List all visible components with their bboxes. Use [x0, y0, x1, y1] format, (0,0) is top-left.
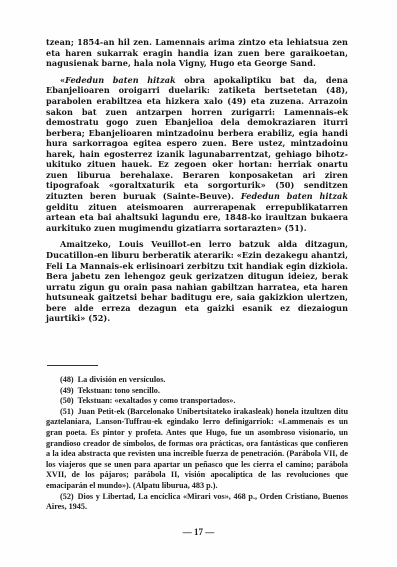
book-title-italic: Fededun baten hitzak — [241, 191, 348, 201]
footnote-text: La división en versículos. — [78, 375, 166, 384]
book-title-italic: Fededun baten hitzak — [65, 75, 176, 85]
footnote-48: (48)La división en versículos. — [46, 375, 348, 386]
footnote-number: (51) — [60, 407, 74, 416]
footnote-text: Juan Petit-ek (Barcelonako Unibertsitate… — [46, 407, 348, 490]
footnote-number: (49) — [60, 386, 74, 395]
footnote-number: (50) — [60, 396, 74, 405]
paragraph-1: tzean; 1854-an hil zen. Lamennais arima … — [46, 37, 348, 69]
footnote-text: Tekstuan: tono sencillo. — [78, 386, 160, 395]
paragraph-2-text-a: obra apokaliptiku bat da, dena Ebanjelio… — [46, 75, 348, 201]
paragraph-3: Amaitzeko, Louis Veuillot-en lerro batzu… — [46, 239, 348, 323]
footnote-separator — [47, 365, 98, 366]
paragraph-2-text-b: gelditu zituen ateismoaren aurrerapenak … — [46, 202, 348, 233]
footnote-52: (52)Dios y Libertad, La encíclica «Mirar… — [46, 492, 348, 513]
paragraph-3-text: Amaitzeko, Louis Veuillot-en lerro batzu… — [46, 239, 348, 323]
footnote-50: (50)Tekstuan: «exaltados y como transpor… — [46, 396, 348, 407]
footnote-49: (49)Tekstuan: tono sencillo. — [46, 386, 348, 397]
footnote-51: (51)Juan Petit-ek (Barcelonako Unibertsi… — [46, 407, 348, 492]
paragraph-1-text: tzean; 1854-an hil zen. Lamennais arima … — [46, 37, 348, 68]
footnote-text: Dios y Libertad, La encíclica «Mirari vo… — [46, 492, 348, 512]
footnote-number: (52) — [60, 492, 74, 501]
footnote-text: Tekstuan: «exaltados y como transportado… — [78, 396, 236, 405]
paragraph-2: «Fededun baten hitzak obra apokaliptiku … — [46, 75, 348, 233]
page-number: — 17 — — [0, 527, 397, 537]
main-text: tzean; 1854-an hil zen. Lamennais arima … — [46, 37, 348, 324]
footnote-number: (48) — [60, 375, 74, 384]
footnotes: (48)La división en versículos. (49)Tekst… — [46, 375, 348, 513]
document-page: tzean; 1854-an hil zen. Lamennais arima … — [0, 0, 397, 567]
